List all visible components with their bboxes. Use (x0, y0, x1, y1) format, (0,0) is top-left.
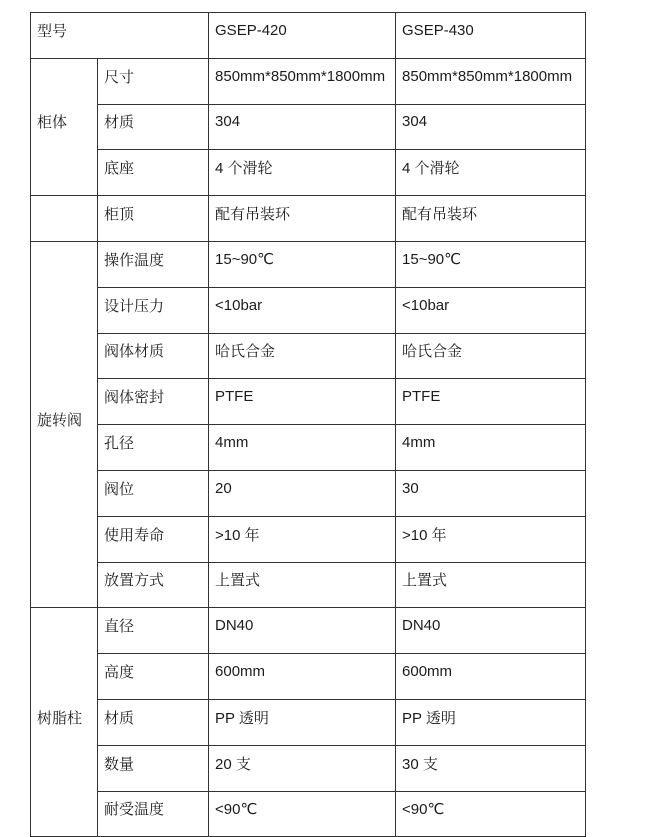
spec-label-cell: 设计压力 (98, 287, 209, 333)
spec-value-cell: 15~90℃ (209, 241, 396, 287)
table-row: 耐受温度 <90℃ <90℃ (31, 791, 586, 837)
spec-label-cell: 材质 (98, 699, 209, 745)
spec-label-cell: 柜顶 (98, 196, 209, 242)
table-row: 阀位 20 30 (31, 470, 586, 516)
spec-label-cell: 尺寸 (98, 58, 209, 104)
model-header-row: 型号 GSEP-420 GSEP-430 (31, 13, 586, 59)
group-cell-cabinet: 柜体 (31, 58, 98, 195)
table-row: 底座 4 个滑轮 4 个滑轮 (31, 150, 586, 196)
spec-value-cell: 4 个滑轮 (396, 150, 586, 196)
spec-value-cell: <10bar (209, 287, 396, 333)
table-row: 高度 600mm 600mm (31, 654, 586, 700)
spec-value-cell: 上置式 (396, 562, 586, 608)
spec-label-cell: 阀体密封 (98, 379, 209, 425)
model-name-cell-2: GSEP-430 (396, 13, 586, 59)
group-cell-resin-column: 树脂柱 (31, 608, 98, 837)
spec-value-cell: >10 年 (396, 516, 586, 562)
spec-value-cell: 4mm (396, 425, 586, 471)
group-cell-rotary-valve: 旋转阀 (31, 241, 98, 607)
spec-label-cell: 操作温度 (98, 241, 209, 287)
spec-value-cell: <10bar (396, 287, 586, 333)
table-row: 阀体材质 哈氏合金 哈氏合金 (31, 333, 586, 379)
table-row: 柜顶 配有吊装环 配有吊装环 (31, 196, 586, 242)
table-row: 材质 304 304 (31, 104, 586, 150)
table-row: 树脂柱 直径 DN40 DN40 (31, 608, 586, 654)
spec-value-cell: <90℃ (396, 791, 586, 837)
table-row: 柜体 尺寸 850mm*850mm*1800mm 850mm*850mm*180… (31, 58, 586, 104)
spec-label-cell: 耐受温度 (98, 791, 209, 837)
spec-value-cell: 304 (396, 104, 586, 150)
table-row: 放置方式 上置式 上置式 (31, 562, 586, 608)
spec-label-cell: 孔径 (98, 425, 209, 471)
model-label-cell: 型号 (31, 13, 209, 59)
table-row: 旋转阀 操作温度 15~90℃ 15~90℃ (31, 241, 586, 287)
spec-label-cell: 数量 (98, 745, 209, 791)
spec-table: 型号 GSEP-420 GSEP-430 柜体 尺寸 850mm*850mm*1… (30, 12, 586, 837)
spec-value-cell: PTFE (396, 379, 586, 425)
spec-label-cell: 使用寿命 (98, 516, 209, 562)
spec-value-cell: 哈氏合金 (396, 333, 586, 379)
spec-value-cell: DN40 (209, 608, 396, 654)
table-row: 数量 20 支 30 支 (31, 745, 586, 791)
spec-value-cell: 850mm*850mm*1800mm (396, 58, 586, 104)
spec-value-cell: >10 年 (209, 516, 396, 562)
spec-label-cell: 阀位 (98, 470, 209, 516)
spec-value-cell: 4mm (209, 425, 396, 471)
table-row: 材质 PP 透明 PP 透明 (31, 699, 586, 745)
spec-value-cell: 600mm (396, 654, 586, 700)
table-row: 阀体密封 PTFE PTFE (31, 379, 586, 425)
model-name-cell-1: GSEP-420 (209, 13, 396, 59)
table-row: 使用寿命 >10 年 >10 年 (31, 516, 586, 562)
spec-label-cell: 放置方式 (98, 562, 209, 608)
spec-label-cell: 底座 (98, 150, 209, 196)
spec-value-cell: 配有吊装环 (396, 196, 586, 242)
spec-value-cell: PP 透明 (396, 699, 586, 745)
spec-value-cell: 304 (209, 104, 396, 150)
table-row: 设计压力 <10bar <10bar (31, 287, 586, 333)
group-cell-empty (31, 196, 98, 242)
spec-value-cell: PP 透明 (209, 699, 396, 745)
spec-value-cell: PTFE (209, 379, 396, 425)
spec-label-cell: 直径 (98, 608, 209, 654)
spec-value-cell: 850mm*850mm*1800mm (209, 58, 396, 104)
spec-value-cell: DN40 (396, 608, 586, 654)
spec-value-cell: 600mm (209, 654, 396, 700)
spec-value-cell: 30 支 (396, 745, 586, 791)
spec-value-cell: 上置式 (209, 562, 396, 608)
spec-value-cell: 配有吊装环 (209, 196, 396, 242)
table-row: 孔径 4mm 4mm (31, 425, 586, 471)
spec-value-cell: 哈氏合金 (209, 333, 396, 379)
spec-label-cell: 阀体材质 (98, 333, 209, 379)
spec-value-cell: <90℃ (209, 791, 396, 837)
spec-label-cell: 材质 (98, 104, 209, 150)
spec-value-cell: 4 个滑轮 (209, 150, 396, 196)
spec-value-cell: 15~90℃ (396, 241, 586, 287)
spec-value-cell: 30 (396, 470, 586, 516)
spec-value-cell: 20 (209, 470, 396, 516)
spec-value-cell: 20 支 (209, 745, 396, 791)
spec-label-cell: 高度 (98, 654, 209, 700)
